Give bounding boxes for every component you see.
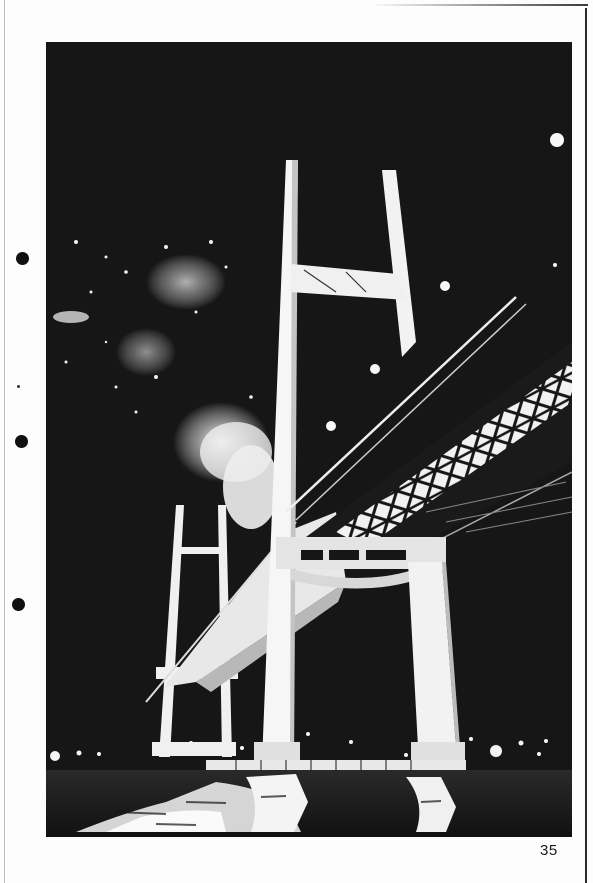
binder-hole-top [16,252,29,265]
binder-hole-middle [15,435,28,448]
binder-hole-bottom [12,598,25,611]
scan-edge-right [585,8,587,883]
illustration-panel [46,42,572,837]
bridge-illustration [46,42,572,837]
ink-speck [17,385,20,388]
scan-edge-left [4,0,5,883]
page-number: 35 [540,842,558,859]
scan-edge-top [370,4,588,6]
water-reflections [46,770,572,837]
